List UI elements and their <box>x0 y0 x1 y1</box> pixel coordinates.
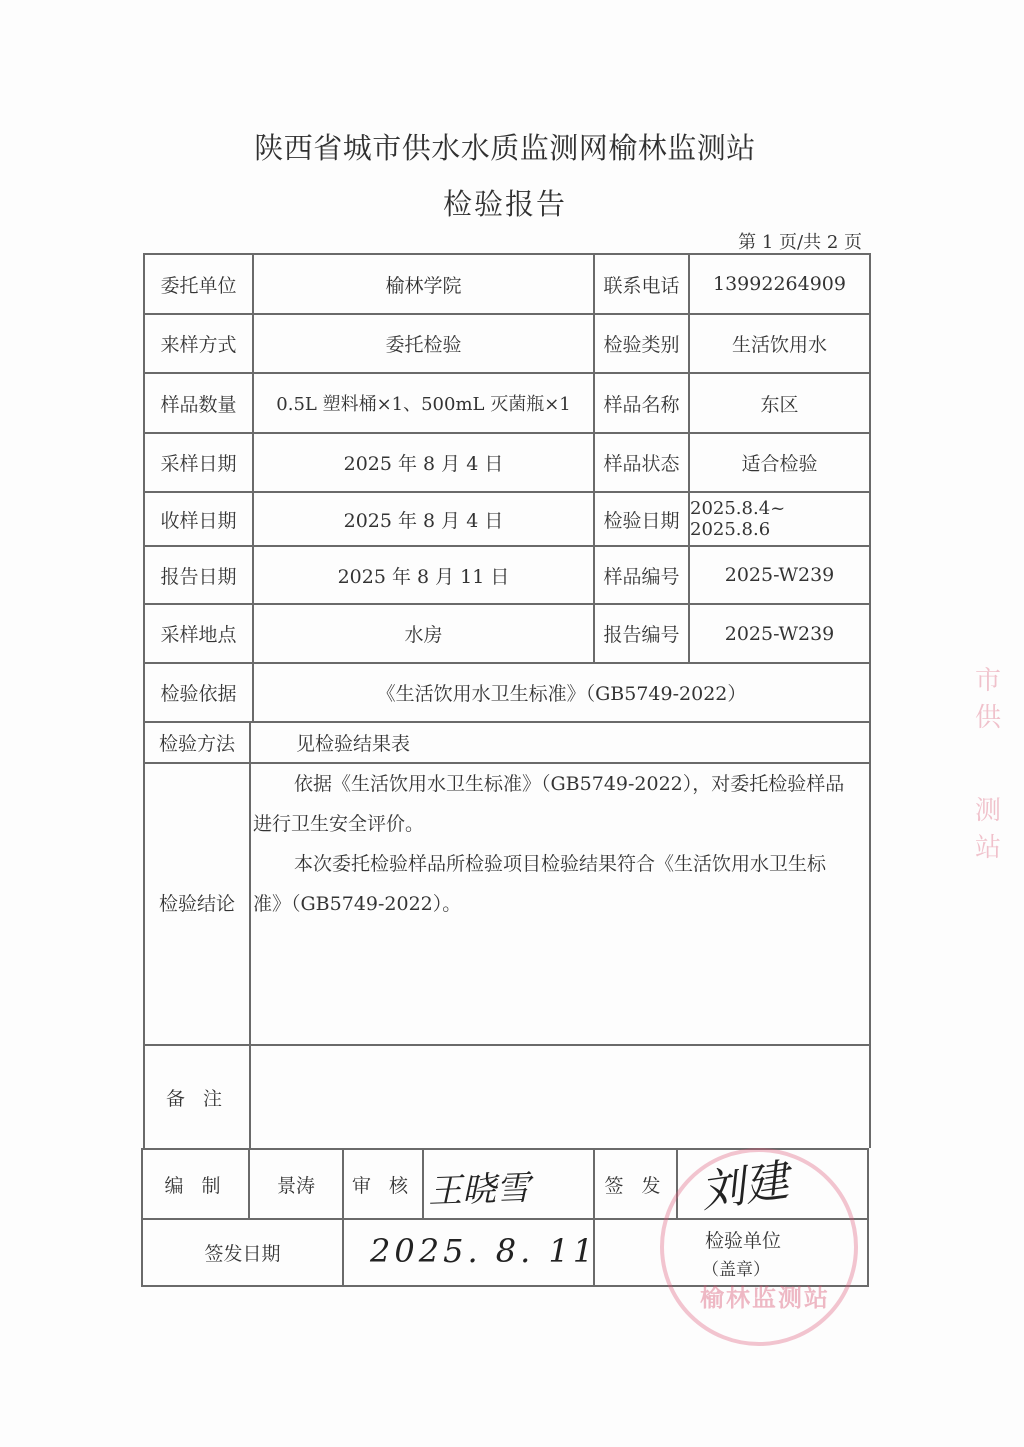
label-receipt-date: 收样日期 <box>145 493 252 545</box>
label-seal: （盖章） <box>688 1254 784 1280</box>
label-sample-status: 样品状态 <box>595 434 688 491</box>
value-sample-status: 适合检验 <box>690 434 869 491</box>
value-method: 见检验结果表 <box>296 723 856 762</box>
value-sample-number: 2025-W239 <box>690 547 869 603</box>
value-basis: 《生活饮用水卫生标准》（GB5749-2022） <box>254 664 869 721</box>
label-phone: 联系电话 <box>595 255 688 313</box>
label-inspection-unit: 检验单位 <box>688 1226 798 1252</box>
value-report-date: 2025 年 8 月 11 日 <box>254 547 593 603</box>
value-sampling-location: 水房 <box>254 605 593 662</box>
issuer-signature: 刘建 <box>696 1144 792 1220</box>
label-sampling-location: 采样地点 <box>145 605 252 662</box>
label-sample-name: 样品名称 <box>595 374 688 432</box>
value-client: 榆林学院 <box>254 255 593 313</box>
label-sample-number: 样品编号 <box>595 547 688 603</box>
label-issued: 签 发 <box>595 1150 676 1218</box>
label-test-category: 检验类别 <box>595 315 688 372</box>
value-remarks <box>251 1046 869 1148</box>
seal-text: 榆林监测站 <box>700 1278 830 1313</box>
document-title: 检验报告 <box>0 182 1010 223</box>
value-compiled-by: 景涛 <box>250 1150 342 1218</box>
value-sampling-method: 委托检验 <box>254 315 593 372</box>
label-remarks: 备 注 <box>145 1046 249 1148</box>
value-receipt-date: 2025 年 8 月 4 日 <box>254 493 593 545</box>
value-test-category: 生活饮用水 <box>690 315 869 372</box>
label-compiled: 编 制 <box>143 1150 248 1218</box>
reviewer-signature: 王晓雪 <box>427 1160 531 1213</box>
value-sample-name: 东区 <box>690 374 869 432</box>
label-test-date: 检验日期 <box>595 493 688 545</box>
label-sampling-date: 采样日期 <box>145 434 252 491</box>
label-report-date: 报告日期 <box>145 547 252 603</box>
value-sample-quantity: 0.5L 塑料桶×1、500mL 灭菌瓶×1 <box>254 374 593 432</box>
label-basis: 检验依据 <box>145 664 252 721</box>
handwritten-issue-date: 2025. 8. 11 <box>370 1232 597 1270</box>
label-report-number: 报告编号 <box>595 605 688 662</box>
label-reviewed: 审 核 <box>344 1150 422 1218</box>
label-sampling-method: 来样方式 <box>145 315 252 372</box>
value-phone: 13992264909 <box>690 255 869 313</box>
label-conclusion: 检验结论 <box>145 882 249 922</box>
label-sample-quantity: 样品数量 <box>145 374 252 432</box>
label-issue-date: 签发日期 <box>143 1220 342 1285</box>
label-method: 检验方法 <box>145 723 249 762</box>
value-test-date: 2025.8.4~ 2025.8.6 <box>690 493 869 545</box>
label-client: 委托单位 <box>145 255 252 313</box>
org-title: 陕西省城市供水水质监测网榆林监测站 <box>0 126 1010 167</box>
page-indicator: 第 1 页/共 2 页 <box>738 228 862 254</box>
value-sampling-date: 2025 年 8 月 4 日 <box>254 434 593 491</box>
value-report-number: 2025-W239 <box>690 605 869 662</box>
